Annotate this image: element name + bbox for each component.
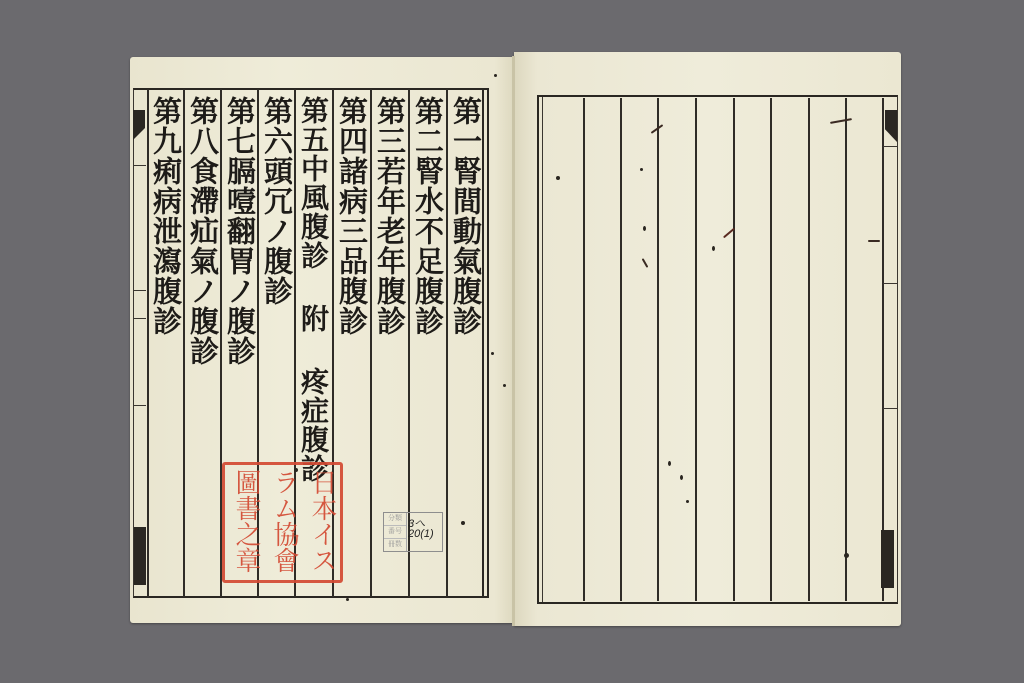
ink-spot [494, 74, 497, 77]
right-page-border-frame [537, 95, 898, 604]
column-rule [770, 98, 772, 601]
toc-entry-9: 第九痢病泄瀉腹診 [148, 96, 184, 336]
ink-spot [668, 461, 671, 466]
column-rule [620, 98, 622, 601]
edge-tick [133, 290, 146, 291]
toc-entry-5: 第五中風腹診 附 疼症腹診 [296, 96, 330, 483]
stamp-label: 番号 [384, 526, 406, 539]
column-rule [657, 98, 659, 601]
column-rule [695, 98, 697, 601]
ink-spot [503, 384, 506, 387]
ink-spot [294, 468, 298, 472]
library-ownership-seal: 日本イス ラム協會 圖書之章 [222, 462, 343, 583]
toc-entry-8: 第八食滯疝氣ノ腹診 [185, 96, 221, 366]
fishtail-mark-bottom [881, 530, 894, 588]
ink-spot [346, 598, 349, 601]
column-rule [808, 98, 810, 601]
fishtail-mark-bottom [134, 527, 146, 585]
column-rule [733, 98, 735, 601]
edge-tick [133, 405, 146, 406]
ink-spot [686, 500, 689, 503]
ink-spot [556, 176, 560, 180]
edge-tick [883, 146, 897, 147]
ink-spot [461, 521, 465, 525]
wormhole-damage [868, 240, 880, 242]
edge-tick [133, 165, 146, 166]
seal-text-column-3: 圖書之章 [232, 469, 260, 573]
stamp-label: 冊数 [384, 539, 406, 551]
call-number-stamp: 分類 番号 冊数 3へ 20(1) [383, 512, 443, 552]
stamp-value-number: 20(1) [408, 528, 434, 540]
stamp-label: 分類 [384, 513, 406, 526]
toc-entry-7: 第七膈噎翻胃ノ腹診 [222, 96, 258, 366]
column-rule [845, 98, 847, 601]
stamp-label-grid: 分類 番号 冊数 [384, 513, 407, 551]
seal-text-column-2: ラム協會 [270, 469, 298, 573]
edge-tick [133, 318, 146, 319]
ink-spot [712, 246, 715, 251]
edge-tick [883, 283, 897, 284]
ink-spot [491, 352, 494, 355]
toc-entry-1: 第一腎間動氣腹診 [448, 96, 484, 336]
edge-tick [883, 408, 897, 409]
ink-spot [844, 553, 849, 558]
seal-text-column-1: 日本イス [308, 469, 336, 573]
toc-entry-6: 第六頭冗ノ腹診 [259, 96, 295, 306]
ink-spot [640, 168, 643, 171]
column-rule [583, 98, 585, 601]
toc-entry-3: 第三若年老年腹診 [372, 96, 408, 336]
column-rule [882, 98, 884, 601]
book-gutter [512, 56, 515, 626]
ink-spot [643, 226, 646, 231]
toc-entry-4: 第四諸病三品腹診 [334, 96, 370, 336]
right-page-inner-border [542, 97, 543, 602]
toc-entry-2: 第二腎水不足腹診 [410, 96, 446, 336]
ink-spot [680, 475, 683, 480]
